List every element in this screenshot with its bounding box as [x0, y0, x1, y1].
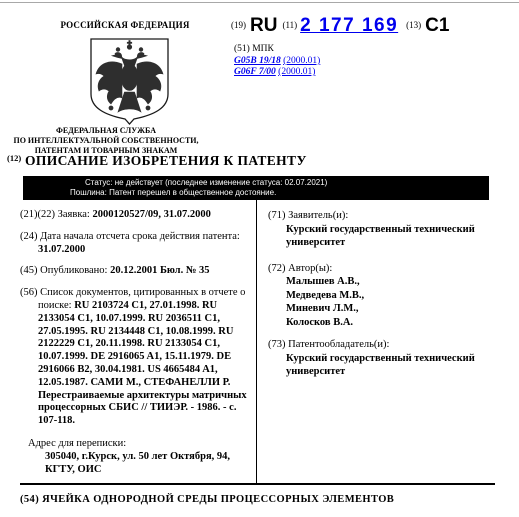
agency-line: ФЕДЕРАЛЬНАЯ СЛУЖБА — [0, 126, 212, 136]
author-name: Малышев А.В., — [268, 275, 490, 289]
address-line: 305040, г.Курск, ул. 50 лет Октября, 94, — [20, 451, 251, 464]
start-date-value: 31.07.2000 — [38, 244, 251, 257]
inid-code-12: (12) — [7, 153, 21, 163]
kind-code: C1 — [425, 14, 449, 38]
invention-title: (54) ЯЧЕЙКА ОДНОРОДНОЙ СРЕДЫ ПРОЦЕССОРНЫ… — [20, 494, 394, 505]
published-row: (45) Опубликовано: 20.12.2001 Бюл. № 35 — [20, 265, 251, 278]
top-divider — [0, 2, 519, 3]
address-row: Адрес для переписки: 305040, г.Курск, ул… — [20, 438, 251, 476]
bibliography-left-column: (21)(22) Заявка: 2000120527/09, 31.07.20… — [20, 209, 251, 476]
inid-code-19: (19) — [231, 14, 246, 30]
citations-value: RU 2103724 C1, 27.01.1998. RU 2133054 C1… — [38, 300, 247, 426]
authors-section: (72) Автор(ы): Малышев А.В., Медведева М… — [268, 262, 490, 330]
author-name: Миневич Л.М., — [268, 302, 490, 316]
ipc-entry: G05B 19/18 (2000.01) — [234, 56, 320, 67]
author-name: Колосков В.А. — [268, 316, 490, 330]
start-date-row: (24) Дата начала отсчета срока действия … — [20, 231, 251, 257]
ipc-entry: G06F 7/00 (2000.01) — [234, 67, 320, 78]
ipc-section-label: (51) МПК — [234, 44, 274, 54]
document-type-text: ОПИСАНИЕ ИЗОБРЕТЕНИЯ К ПАТЕНТУ — [25, 153, 307, 168]
status-text: Статус: не действует (последнее изменени… — [23, 178, 489, 188]
fee-text: Пошлина: Патент перешел в общественное д… — [23, 188, 489, 198]
start-date-label: (24) Дата начала отсчета срока действия … — [20, 231, 240, 242]
published-label: (45) Опубликовано: — [20, 265, 107, 276]
address-label: Адрес для переписки: — [20, 438, 251, 451]
table-bottom-rule — [20, 483, 495, 485]
inid-code-11: (11) — [282, 14, 297, 30]
ipc-code-link[interactable]: G05B 19/18 — [234, 56, 281, 66]
author-name: Медведева М.В., — [268, 289, 490, 303]
holder-label: (73) Патентообладатель(и): — [268, 338, 490, 352]
application-value: 2000120527/09, 31.07.2000 — [92, 209, 210, 220]
holder-section: (73) Патентообладатель(и): Курский госуд… — [268, 338, 490, 379]
applicant-label: (71) Заявитель(и): — [268, 209, 490, 223]
coat-of-arms-icon — [88, 36, 171, 127]
agency-line: ПО ИНТЕЛЛЕКТУАЛЬНОЙ СОБСТВЕННОСТИ, — [0, 136, 212, 146]
ipc-version-link[interactable]: (2000.01) — [283, 56, 320, 66]
inid-code-54: (54) — [20, 494, 39, 505]
published-value: 20.12.2001 Бюл. № 35 — [110, 265, 209, 276]
applicant-value: Курский государственный технический унив… — [268, 223, 490, 250]
column-divider — [256, 199, 257, 483]
holder-value: Курский государственный технический унив… — [268, 352, 490, 379]
application-row: (21)(22) Заявка: 2000120527/09, 31.07.20… — [20, 209, 251, 222]
document-type-title: (12) ОПИСАНИЕ ИЗОБРЕТЕНИЯ К ПАТЕНТУ — [7, 153, 307, 169]
patent-number-link[interactable]: 2 177 169 — [300, 14, 398, 38]
invention-title-text: ЯЧЕЙКА ОДНОРОДНОЙ СРЕДЫ ПРОЦЕССОРНЫХ ЭЛЕ… — [42, 494, 394, 505]
bibliography-right-column: (71) Заявитель(и): Курский государственн… — [268, 209, 490, 379]
ipc-code-link[interactable]: G06F 7/00 — [234, 67, 276, 77]
authors-label: (72) Автор(ы): — [268, 262, 490, 276]
ipc-version-link[interactable]: (2000.01) — [278, 67, 315, 77]
application-label: (21)(22) Заявка: — [20, 209, 90, 220]
patent-document-page: РОССИЙСКАЯ ФЕДЕРАЦИЯ ФЕДЕРАЛ — [0, 0, 519, 517]
applicant-section: (71) Заявитель(и): Курский государственн… — [268, 209, 490, 250]
publication-number-line: (19) RU (11) 2 177 169 (13) C1 — [231, 14, 449, 38]
address-line: КГТУ, ОИС — [20, 464, 251, 477]
citations-row: (56) Список документов, цитированных в о… — [20, 287, 251, 428]
inid-code-13: (13) — [406, 14, 421, 30]
agency-name: ФЕДЕРАЛЬНАЯ СЛУЖБА ПО ИНТЕЛЛЕКТУАЛЬНОЙ С… — [0, 126, 212, 156]
ipc-list: G05B 19/18 (2000.01) G06F 7/00 (2000.01) — [234, 56, 320, 78]
country-name: РОССИЙСКАЯ ФЕДЕРАЦИЯ — [40, 20, 210, 30]
country-code: RU — [250, 14, 277, 38]
status-bar: Статус: не действует (последнее изменени… — [23, 176, 489, 200]
